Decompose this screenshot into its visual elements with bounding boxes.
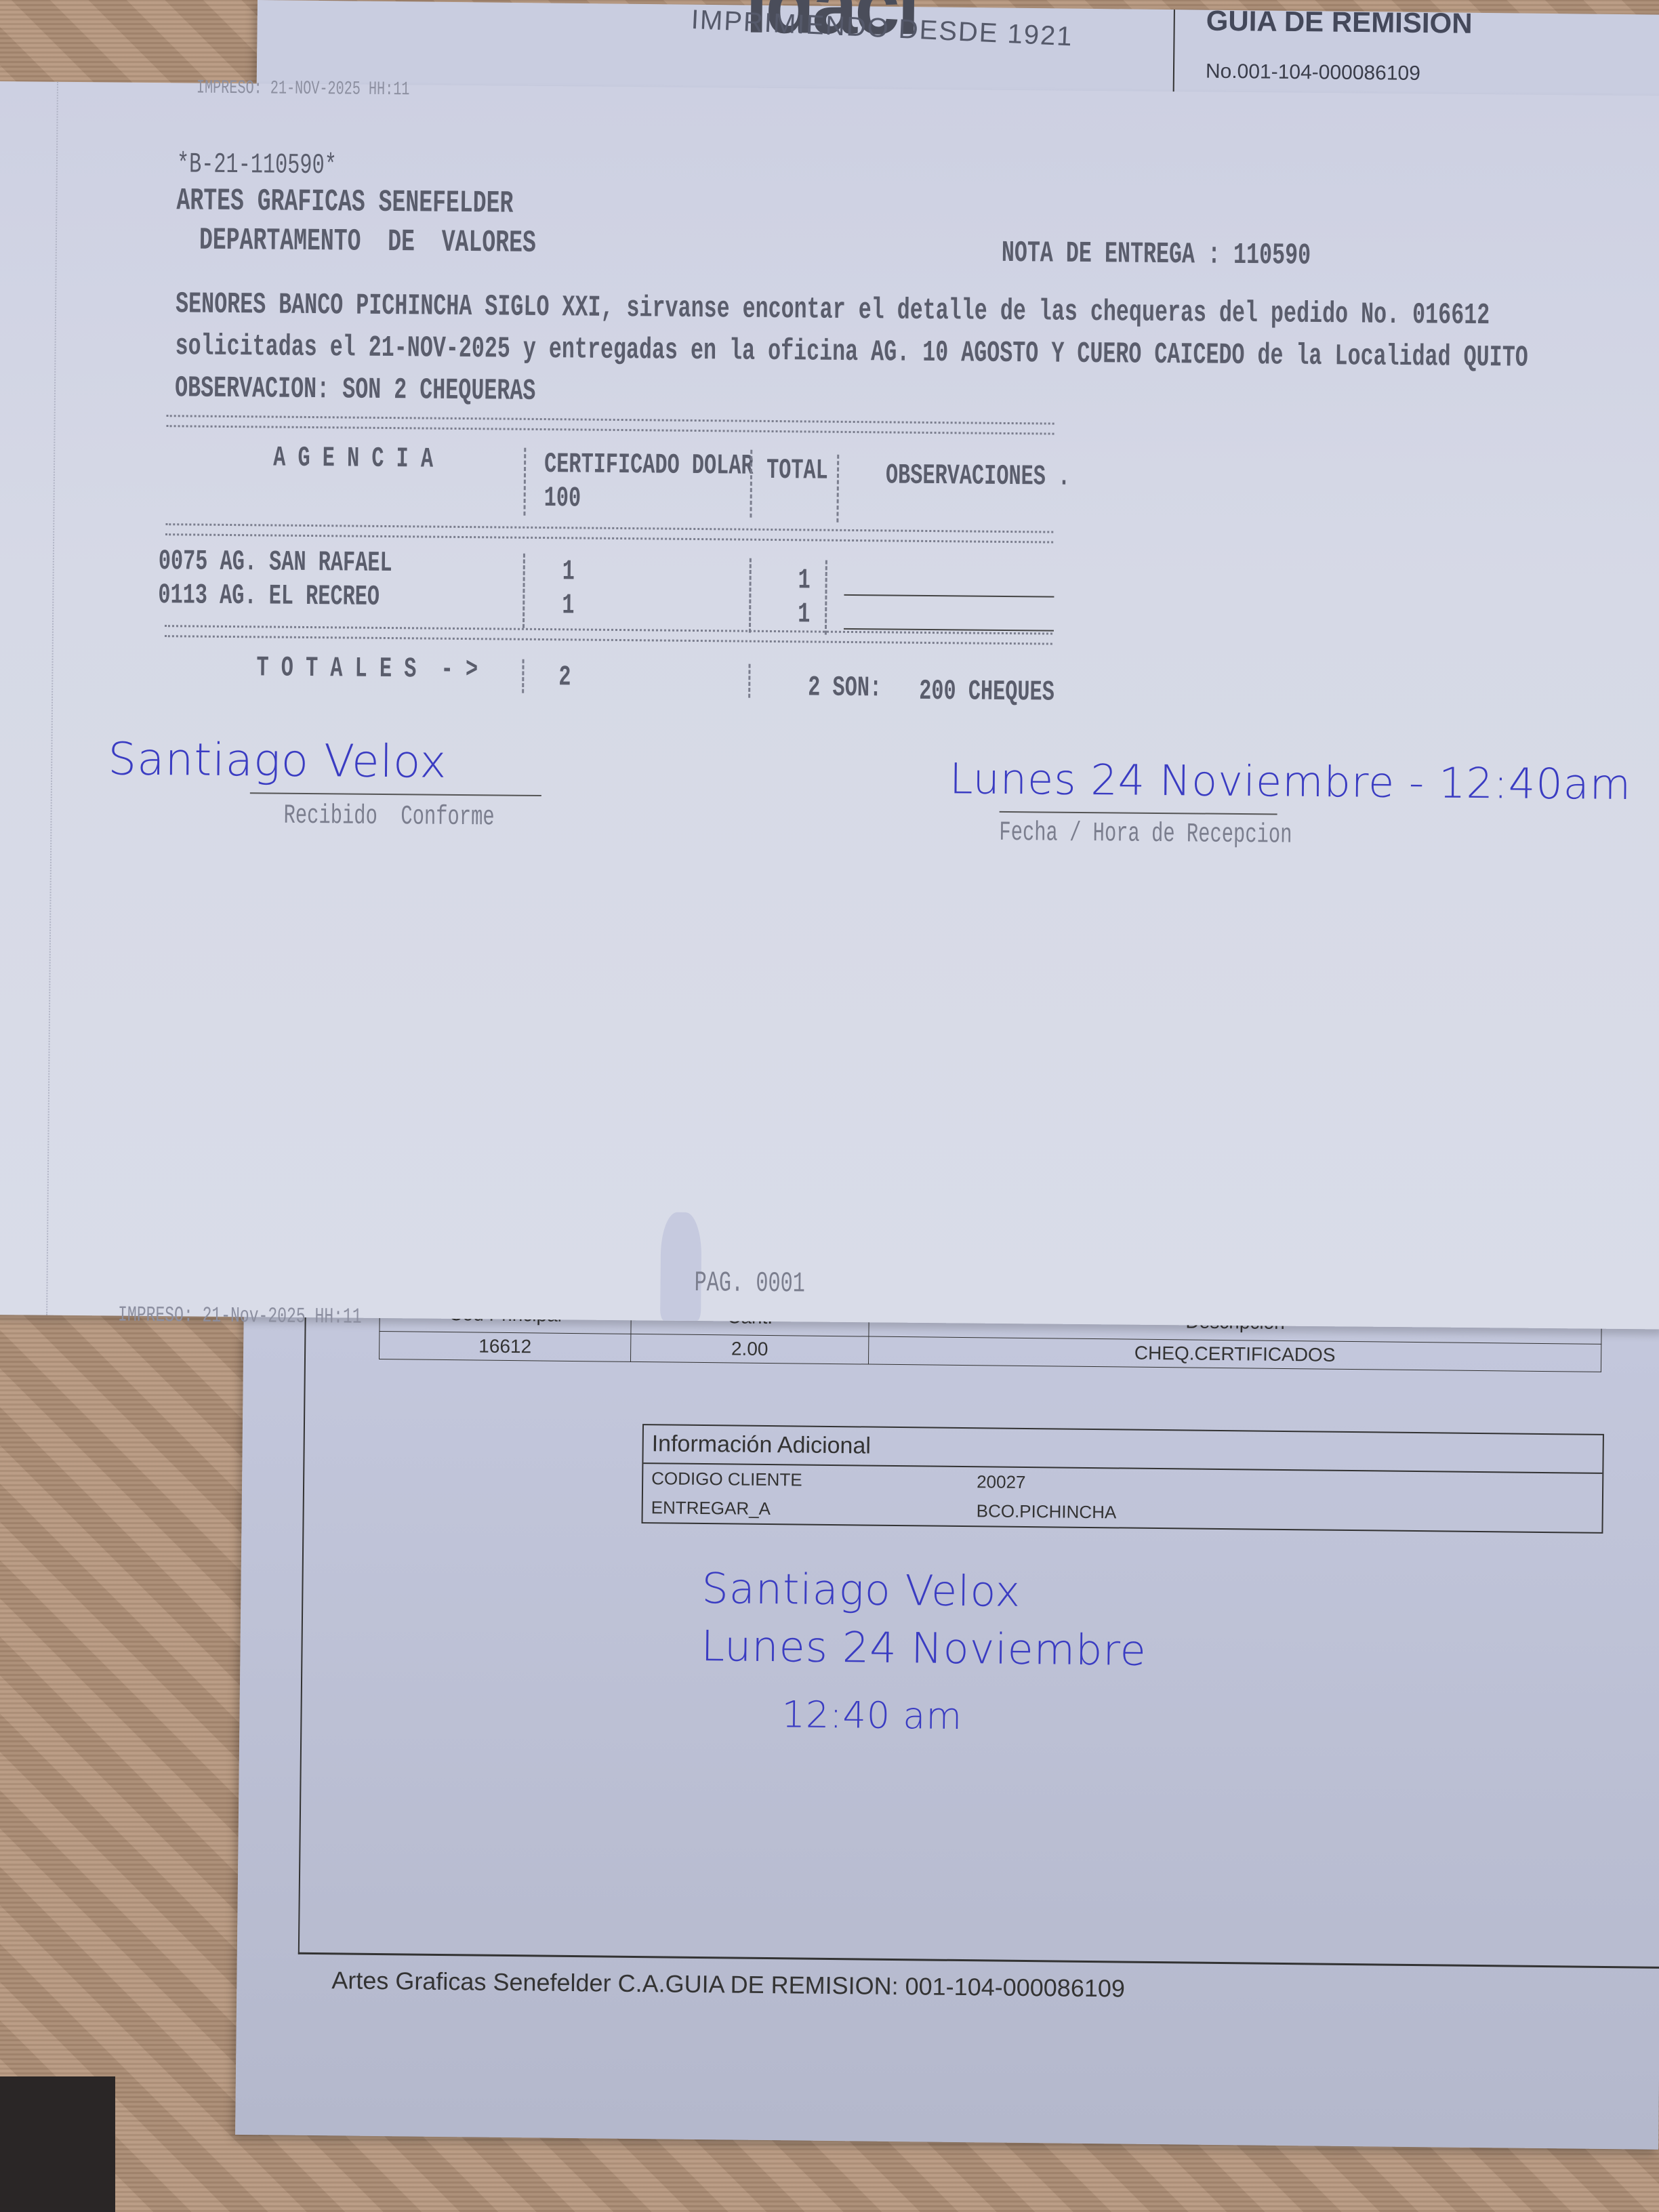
row-certificado: 1: [562, 589, 575, 621]
nota-entrega-number: NOTA DE ENTREGA : 110590: [1002, 237, 1311, 273]
column-separator: [523, 448, 527, 516]
company-name: ARTES GRAFICAS SENEFELDER: [176, 183, 513, 221]
row-agencia: 0113 AG. EL RECREO: [158, 579, 380, 613]
handwritten-reception-datetime: Lunes 24 Noviembre - 12:40am: [949, 754, 1632, 809]
page-number: PAG. 0001: [694, 1267, 805, 1300]
perforation-line: [46, 82, 59, 1315]
nota-de-entrega-sheet: IMPRESO: 21-NOV-2025 HH:11 *B-21-110590*…: [0, 81, 1659, 1329]
column-separator: [836, 455, 840, 523]
rule: [165, 523, 1053, 533]
header-observaciones: OBSERVACIONES .: [886, 459, 1071, 493]
guia-footer: Artes Graficas Senefelder C.A.GUIA DE RE…: [331, 1966, 1125, 2003]
column-separator: [825, 560, 829, 635]
row-certificado: 1: [562, 555, 575, 588]
cut-header-text: IMPRESO: 21-NOV-2025 HH:11: [197, 78, 410, 101]
rule: [167, 425, 1054, 434]
totals-certificado: 2: [558, 661, 571, 693]
paragraph-line: solicitadas el 21-NOV-2025 y entregadas …: [175, 329, 1528, 375]
cell-cod-principal: 16612: [380, 1331, 631, 1361]
informacion-adicional: Información Adicional CODIGO CLIENTE 200…: [641, 1424, 1603, 1534]
info-value: BCO.PICHINCHA: [977, 1500, 1117, 1523]
barcode-id: *B-21-110590*: [177, 148, 337, 182]
handwritten-date: Lunes 24 Noviembre: [701, 1621, 1147, 1675]
signature-line: [250, 792, 541, 796]
info-key: ENTREGAR_A: [651, 1497, 977, 1521]
table-edge: [0, 2076, 115, 2212]
reception-label: Fecha / Hora de Recepcion: [999, 818, 1292, 851]
header-certificado-sub: 100: [544, 482, 581, 514]
observaciones-blank: [844, 594, 1054, 598]
signature-label: Recibido Conforme: [283, 801, 494, 834]
department: DEPARTAMENTO DE VALORES: [199, 223, 536, 261]
totals-cheques: 200 CHEQUES: [919, 675, 1054, 709]
rule: [165, 533, 1053, 543]
handwritten-time: 12:40 am: [781, 1693, 962, 1738]
handwritten-name: Santiago Velox: [701, 1563, 1021, 1616]
totals-label: T O T A L E S - >: [256, 651, 478, 686]
row-total: 1: [798, 564, 811, 596]
rule: [165, 635, 1052, 644]
row-agencia: 0075 AG. SAN RAFAEL: [159, 545, 392, 579]
column-separator: [750, 450, 754, 518]
handwritten-signature: Santiago Velox: [108, 733, 447, 787]
totals-son: 2 SON:: [808, 671, 882, 704]
header-total: TOTAL: [766, 454, 828, 487]
paragraph-line: SENORES BANCO PICHINCHA SIGLO XXI, sirva…: [176, 287, 1490, 333]
column-separator: [523, 554, 527, 628]
doc-number: No.001-104-000086109: [1206, 60, 1420, 85]
reception-line: [1000, 811, 1277, 815]
observacion-line: OBSERVACION: SON 2 CHEQUERAS: [175, 371, 536, 409]
column-separator: [749, 558, 753, 633]
printed-footer: IMPRESO: 21-Nov-2025 HH:11: [118, 1303, 362, 1330]
info-key: CODIGO CLIENTE: [651, 1468, 977, 1492]
info-value: 20027: [977, 1471, 1026, 1493]
row-total: 1: [798, 598, 811, 630]
column-separator: [748, 664, 752, 698]
header-agencia: A G E N C I A: [273, 442, 433, 476]
rule: [167, 415, 1054, 424]
doc-type: GUIA DE REMISION: [1206, 5, 1473, 40]
cell-cant: 2.00: [630, 1334, 868, 1364]
header-certificado: CERTIFICADO DOLAR: [544, 448, 754, 483]
column-separator: [522, 659, 525, 693]
